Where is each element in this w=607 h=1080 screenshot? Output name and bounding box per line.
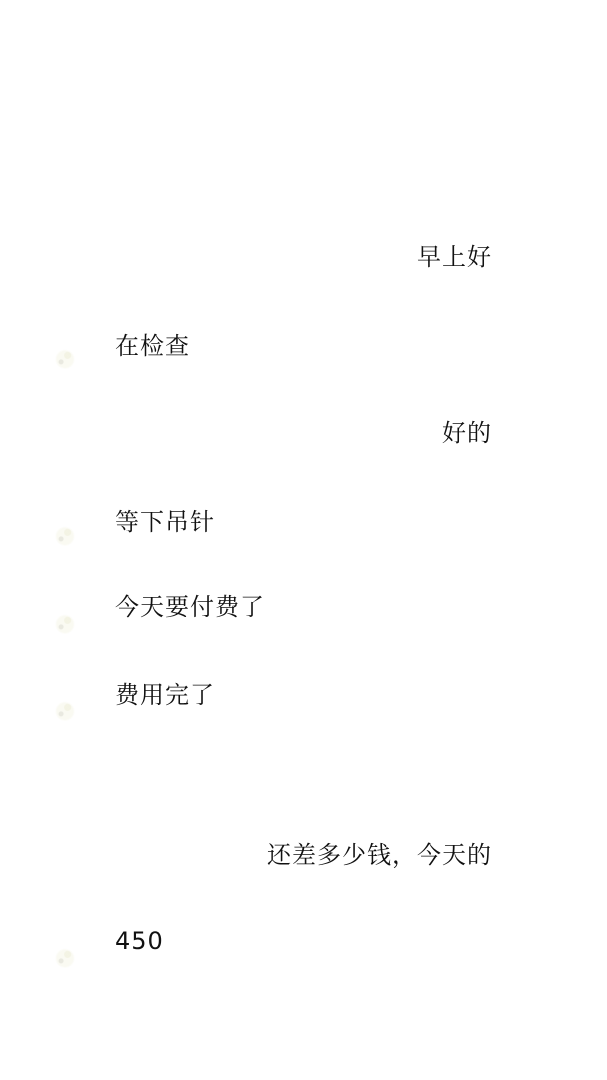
incoming-message: 在检查 [115,331,190,361]
incoming-message: 450 [115,926,164,956]
chat-transcript: 早上好 在检查 好的 等下吊针 今天要付费了 费用完了 还差多少钱，今天的 45… [0,0,607,1080]
contact-avatar[interactable] [52,610,78,636]
incoming-message: 今天要付费了 [115,592,265,622]
contact-avatar[interactable] [52,944,78,970]
incoming-message: 费用完了 [115,680,215,710]
contact-avatar[interactable] [52,345,78,371]
incoming-message: 等下吊针 [115,507,215,537]
outgoing-message: 还差多少钱，今天的 [267,840,492,870]
outgoing-message: 早上好 [417,242,492,272]
outgoing-message: 好的 [442,418,492,448]
contact-avatar[interactable] [52,522,78,548]
contact-avatar[interactable] [52,697,78,723]
